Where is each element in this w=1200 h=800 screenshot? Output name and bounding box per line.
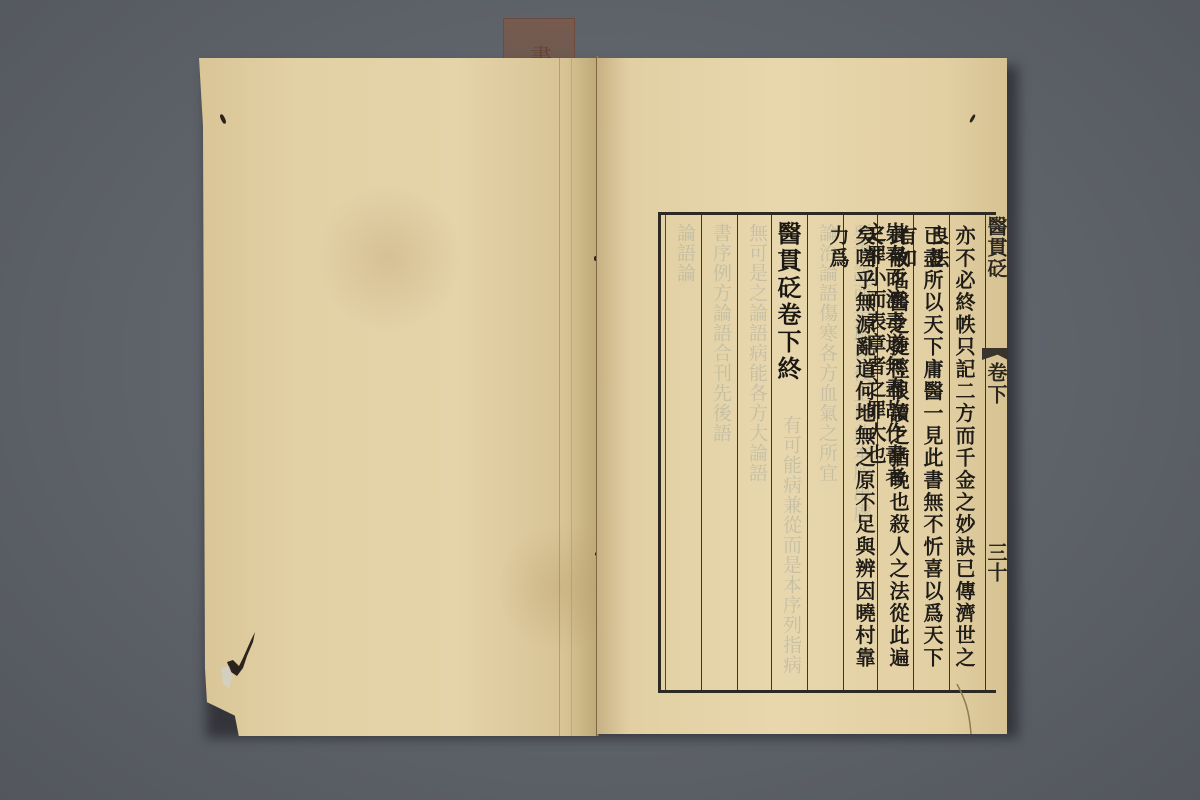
column-rule <box>949 215 950 690</box>
column-rule <box>701 215 702 690</box>
column-rule <box>807 215 808 690</box>
paper-stain <box>319 178 459 338</box>
wormhole-mark <box>219 114 227 125</box>
show-through-text: 有可能病兼從而是本序列指病 <box>779 415 803 682</box>
left-page <box>199 58 597 736</box>
wormhole-mark <box>969 114 976 123</box>
fold-line <box>571 58 572 736</box>
fold-line <box>559 58 560 736</box>
show-through-text: 書序例方論語合刊先後語 <box>709 223 733 682</box>
show-through-text: 無可是之論語病能各方大論語 <box>745 223 769 682</box>
column-rule <box>843 215 844 690</box>
show-through-text: 論治論語傷寒各方血氣之所宜 <box>815 223 839 682</box>
text-column-2: 已盡所以天下庸醫一見此書無不忻喜以爲天下有如 <box>919 225 945 690</box>
text-column-1: 亦不必終帙只記二方而千金之妙訣已傳濟世之良法 <box>951 225 977 690</box>
banxin-volume: 卷下 <box>982 362 1011 406</box>
banxin-page-number: 三十 <box>982 542 1011 582</box>
fishtail-mark <box>982 348 1008 360</box>
volume-end-title: 醫貫砭卷下終 <box>772 221 802 383</box>
frame-inner-border <box>665 215 666 690</box>
banxin-book-title: 醫貫砭 <box>982 216 1011 279</box>
show-through-text: 論語論 <box>673 223 697 390</box>
text-column-6: 之罪小而表章者之罪大也 <box>862 222 888 466</box>
paper-crack <box>955 684 985 734</box>
torn-corner-mark <box>221 632 257 692</box>
column-rule <box>913 215 914 690</box>
printed-frame: 要書語而是篇以後至以此本所出處 論治論語傷寒各方血氣之所宜 有可能病兼從而是本序… <box>658 212 996 693</box>
page-margin-banxin: 醫貫砭 卷下 三十 <box>982 212 1008 687</box>
column-rule <box>737 215 738 690</box>
